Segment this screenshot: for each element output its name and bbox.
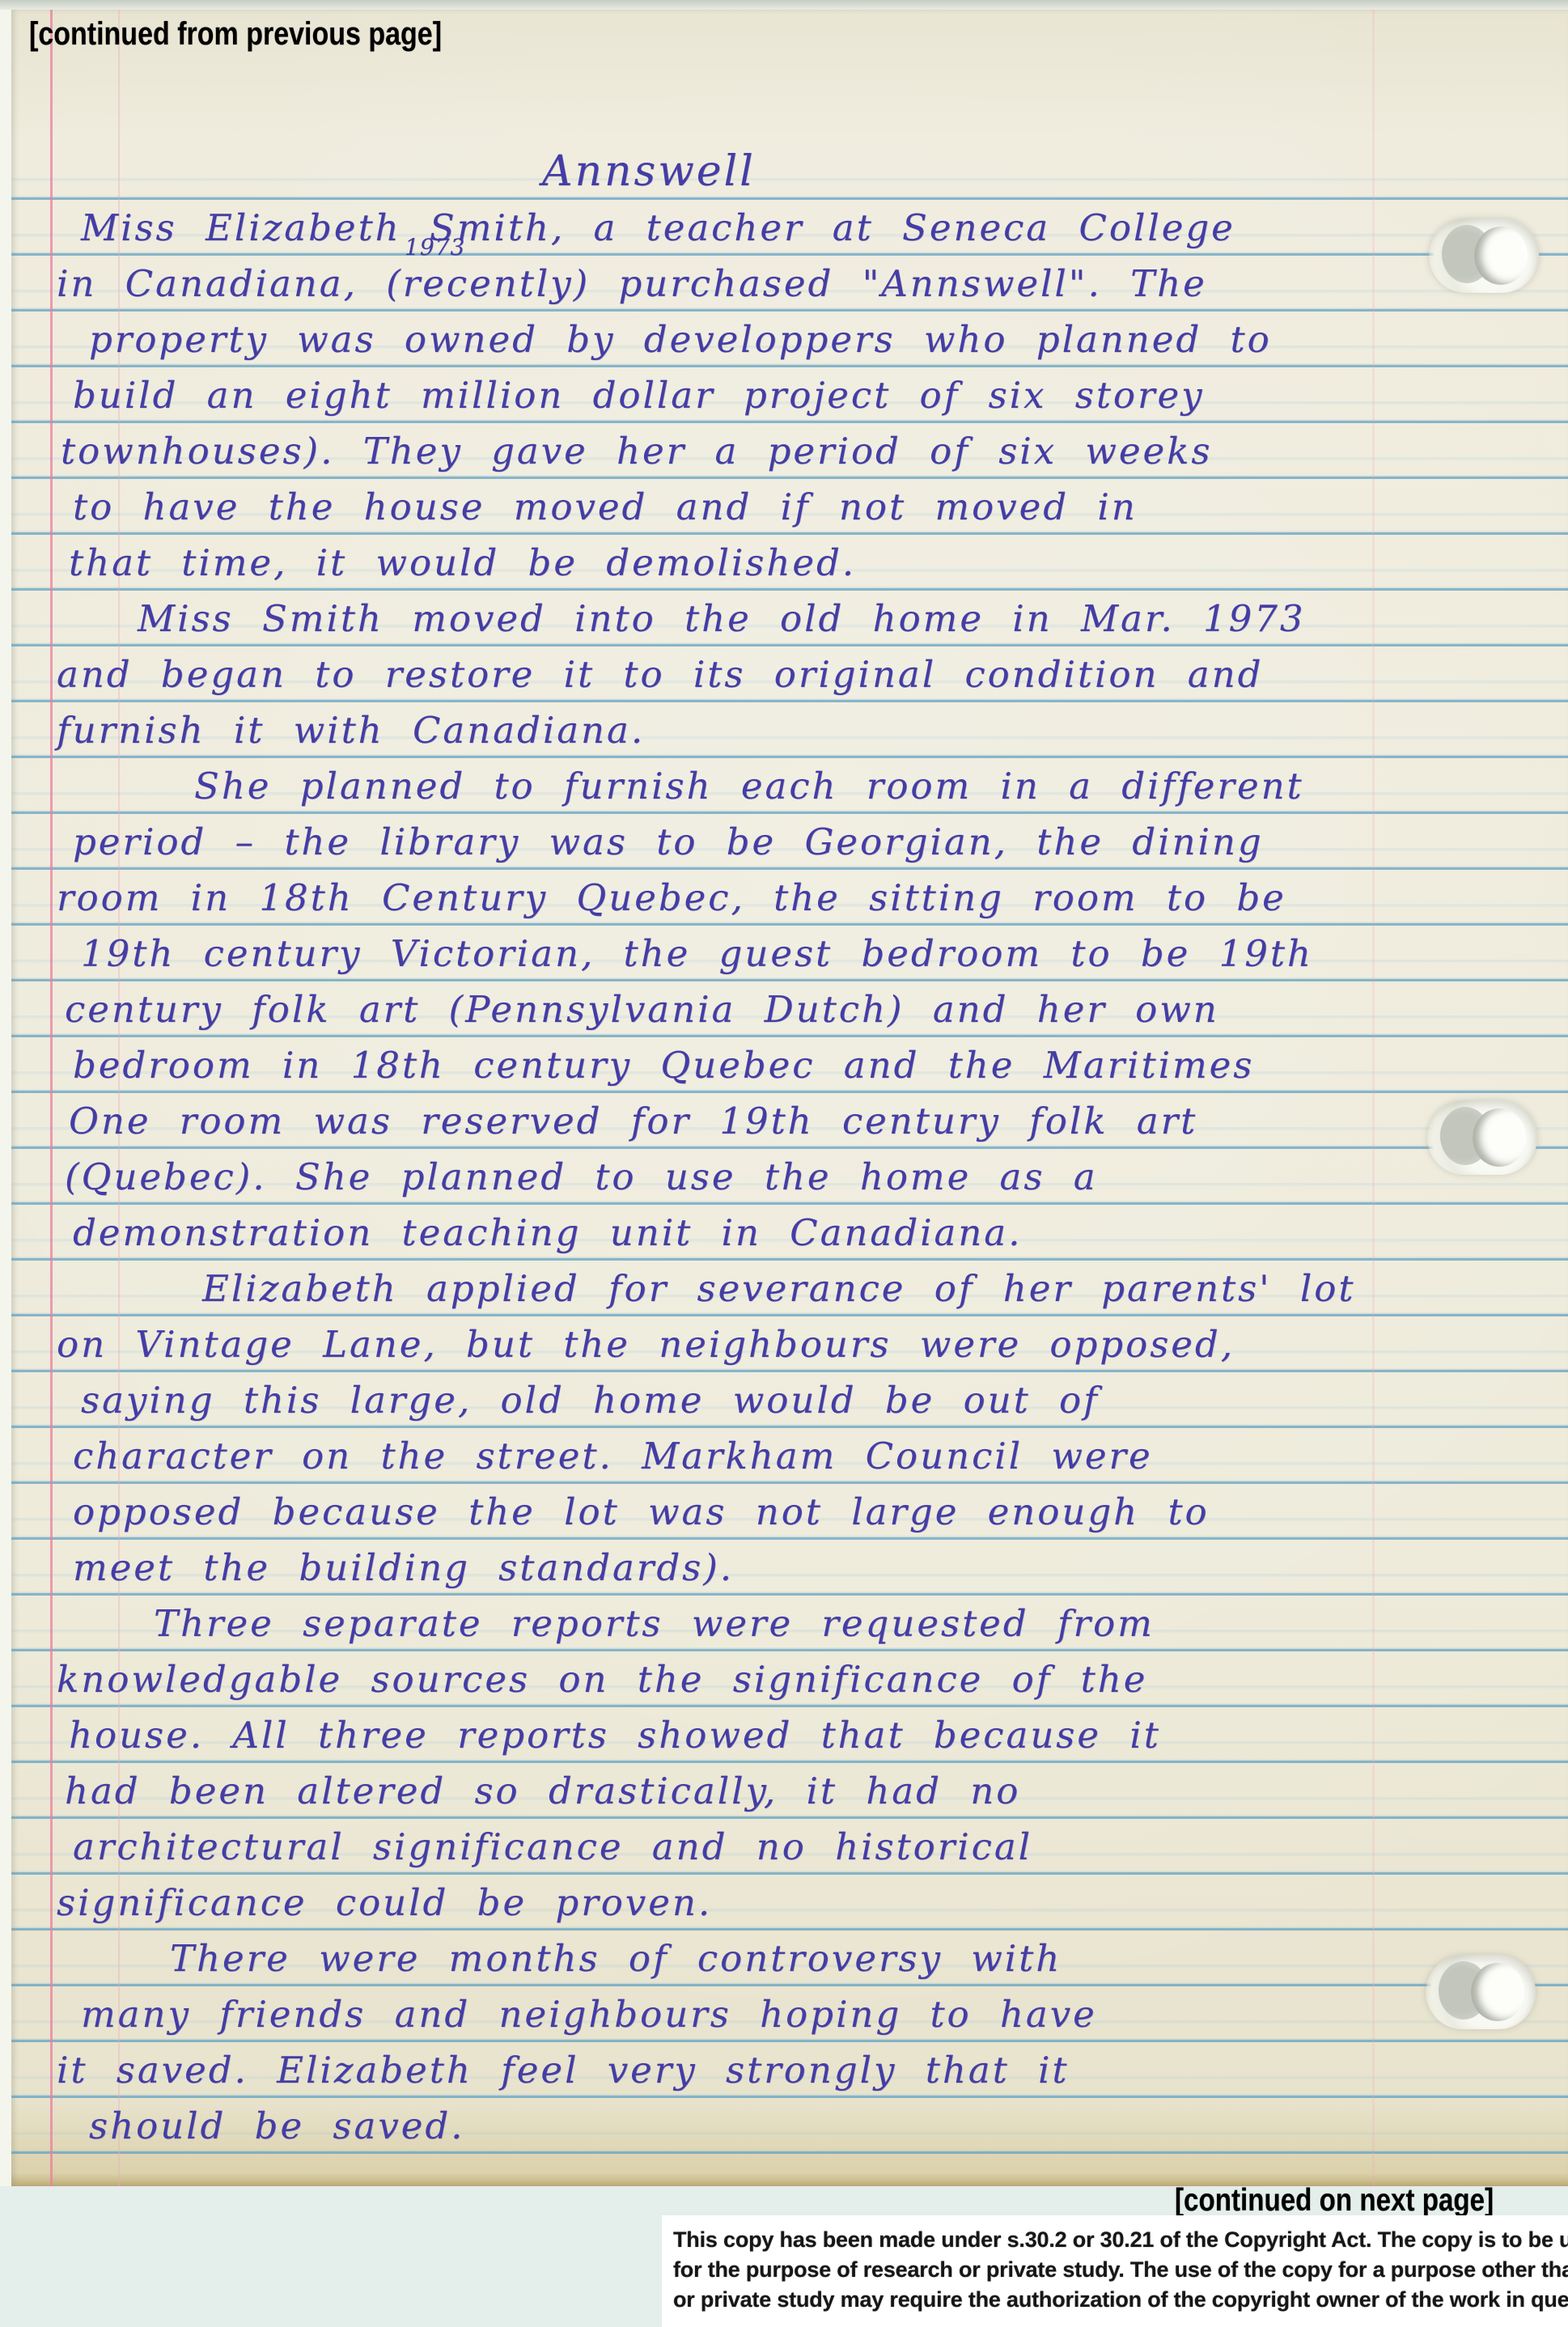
handwritten-line: townhouses). They gave her a period of s… <box>61 423 1557 479</box>
notebook-paper: Annswell Miss Elizabeth Smith, a teacher… <box>11 10 1568 2186</box>
handwritten-line: Three separate reports were requested fr… <box>154 1596 1557 1651</box>
superscript-1973: 1973 <box>405 236 465 259</box>
copyright-notice: This copy has been made under s.30.2 or … <box>662 2215 1568 2327</box>
handwritten-line: 1973in Canadiana, (recently) purchased "… <box>57 256 1557 312</box>
handwritten-line: meet the building standards). <box>73 1540 1557 1596</box>
handwritten-line: that time, it would be demolished. <box>69 535 1557 591</box>
handwritten-line: architectural significance and no histor… <box>73 1819 1557 1875</box>
handwritten-line: bedroom in 18th century Quebec and the M… <box>73 1037 1557 1093</box>
handwritten-line: to have the house moved and if not moved… <box>73 479 1557 535</box>
handwritten-line: had been altered so drastically, it had … <box>65 1763 1557 1819</box>
continued-from-previous-note: [continued from previous page] <box>29 16 442 53</box>
handwritten-line: should be saved. <box>89 2098 1557 2154</box>
handwritten-line: furnish it with Canadiana. <box>57 702 1557 758</box>
handwritten-line-text: in Canadiana, (recently) purchased "Anns… <box>57 262 1207 305</box>
handwritten-line: build an eight million dollar project of… <box>73 367 1557 423</box>
margin-line-pink <box>50 10 53 2186</box>
handwritten-line: knowledgable sources on the significance… <box>57 1651 1557 1707</box>
handwritten-line: One room was reserved for 19th century f… <box>69 1093 1557 1149</box>
handwritten-line: 19th century Victorian, the guest bedroo… <box>81 926 1557 981</box>
scan-left-edge <box>0 10 12 2186</box>
copyright-line: for the purpose of research or private s… <box>673 2255 1568 2285</box>
continued-on-next-note: [continued on next page] <box>1175 2183 1494 2219</box>
copyright-line: or private study may require the authori… <box>673 2285 1568 2315</box>
handwritten-line: opposed because the lot was not large en… <box>73 1484 1557 1540</box>
handwritten-line: it saved. Elizabeth feel very strongly t… <box>57 2042 1557 2098</box>
handwritten-line: She planned to furnish each room in a di… <box>194 758 1557 814</box>
copyright-line: This copy has been made under s.30.2 or … <box>673 2225 1568 2255</box>
handwritten-line: period – the library was to be Georgian,… <box>73 814 1557 870</box>
handwritten-line: room in 18th Century Quebec, the sitting… <box>57 870 1557 926</box>
handwritten-line: character on the street. Markham Council… <box>73 1428 1557 1484</box>
handwritten-line: demonstration teaching unit in Canadiana… <box>73 1205 1557 1261</box>
handwritten-line: Miss Elizabeth Smith, a teacher at Senec… <box>81 200 1557 256</box>
handwritten-line: and began to restore it to its original … <box>57 646 1557 702</box>
handwritten-text: Annswell Miss Elizabeth Smith, a teacher… <box>57 144 1557 2154</box>
handwritten-line: century folk art (Pennsylvania Dutch) an… <box>65 981 1557 1037</box>
handwritten-line: saying this large, old home would be out… <box>81 1372 1557 1428</box>
handwritten-line: significance could be proven. <box>57 1875 1557 1931</box>
handwritten-line: Elizabeth applied for severance of her p… <box>202 1261 1557 1316</box>
handwritten-line: property was owned by developpers who pl… <box>89 312 1557 367</box>
handwritten-line: many friends and neighbours hoping to ha… <box>81 1986 1557 2042</box>
handwritten-line: Miss Smith moved into the old home in Ma… <box>138 591 1557 646</box>
handwritten-title: Annswell <box>57 144 1557 200</box>
handwritten-line: (Quebec). She planned to use the home as… <box>65 1149 1557 1205</box>
handwritten-line: house. All three reports showed that bec… <box>69 1707 1557 1763</box>
handwritten-line: There were months of controversy with <box>170 1931 1557 1986</box>
handwritten-line: on Vintage Lane, but the neighbours were… <box>57 1316 1557 1372</box>
